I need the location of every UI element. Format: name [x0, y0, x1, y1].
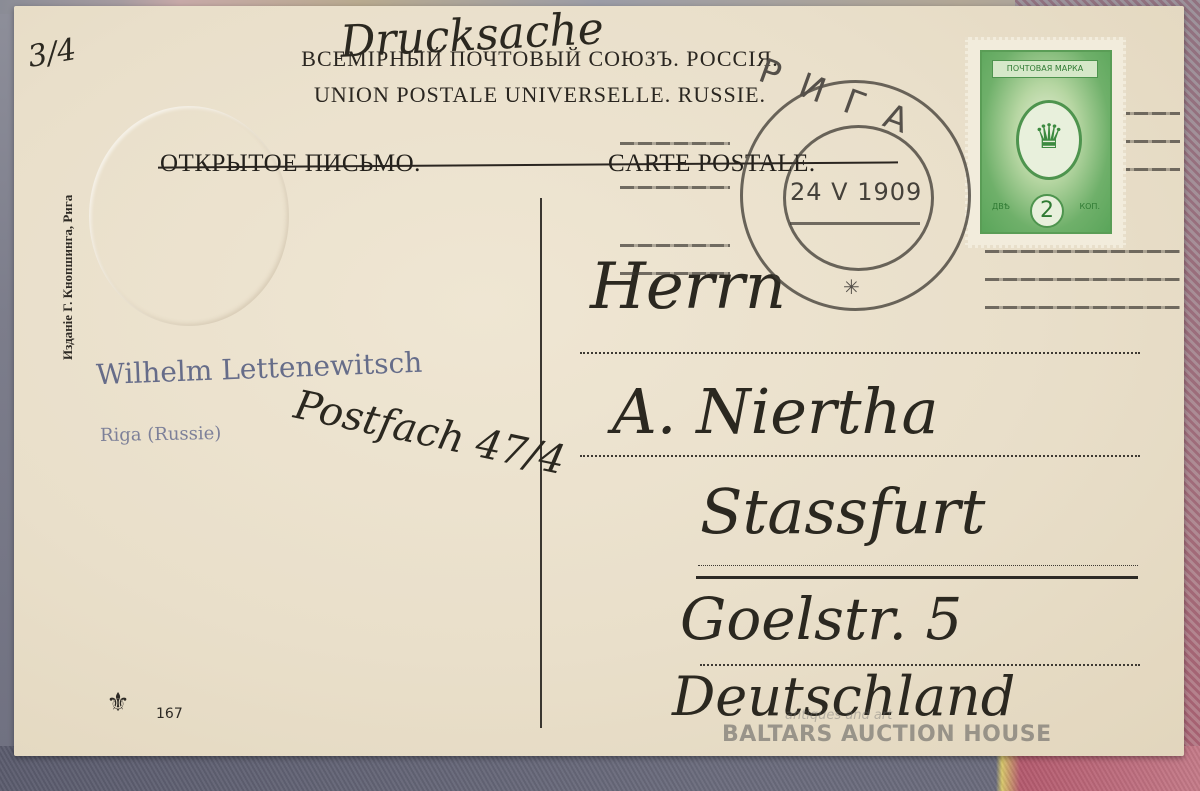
card-type-russian: ОТКРЫТОЕ ПИСЬМО. — [160, 150, 421, 178]
machine-cancel-line — [620, 244, 730, 247]
machine-cancel-line — [985, 278, 1180, 281]
machine-cancel-line — [985, 250, 1180, 253]
machine-cancel-line — [985, 306, 1180, 309]
watermark-title: BALTARS AUCTION HOUSE — [722, 722, 1052, 747]
publisher-logo-icon: ⚜ — [98, 688, 138, 738]
stamp-design: ПОЧТОВАЯ МАРКА ♛ ДВѢ 2 КОП. — [980, 50, 1112, 234]
postmark-bar — [790, 222, 920, 225]
stamp-ribbon: ПОЧТОВАЯ МАРКА — [992, 60, 1098, 78]
machine-cancel-line — [620, 186, 730, 189]
machine-cancel-line — [620, 142, 730, 145]
stamp-label-right: КОП. — [1079, 202, 1100, 211]
star-icon: ✳ — [843, 275, 860, 300]
stamp-value: 2 — [1030, 194, 1064, 228]
sender-stamp-city: Riga (Russie) — [100, 423, 222, 446]
embossed-circle — [89, 106, 289, 326]
address-line-4: Goelstr. 5 — [680, 585, 962, 653]
address-line-1: Herrn — [590, 250, 786, 324]
card-number: 167 — [156, 706, 183, 722]
postmark-date: 24 V 1909 — [790, 178, 922, 206]
address-line-2: A. Niertha — [612, 375, 938, 448]
address-rule-1 — [580, 352, 1140, 354]
postage-stamp: ПОЧТОВАЯ МАРКА ♛ ДВѢ 2 КОП. — [965, 37, 1126, 248]
address-line-3: Stassfurt — [700, 475, 985, 548]
address-rule-3 — [698, 565, 1138, 566]
stamp-label-left: ДВѢ — [992, 202, 1010, 211]
publisher-imprint: Изданіе Г. Кнопшинга, Рига — [60, 195, 76, 360]
address-solid-rule — [696, 576, 1138, 579]
address-rule-2 — [580, 455, 1140, 457]
eagle-emblem-icon: ♛ — [1016, 100, 1082, 180]
machine-cancel-line — [620, 272, 730, 275]
watermark-subtitle: antiques and art — [785, 708, 892, 723]
